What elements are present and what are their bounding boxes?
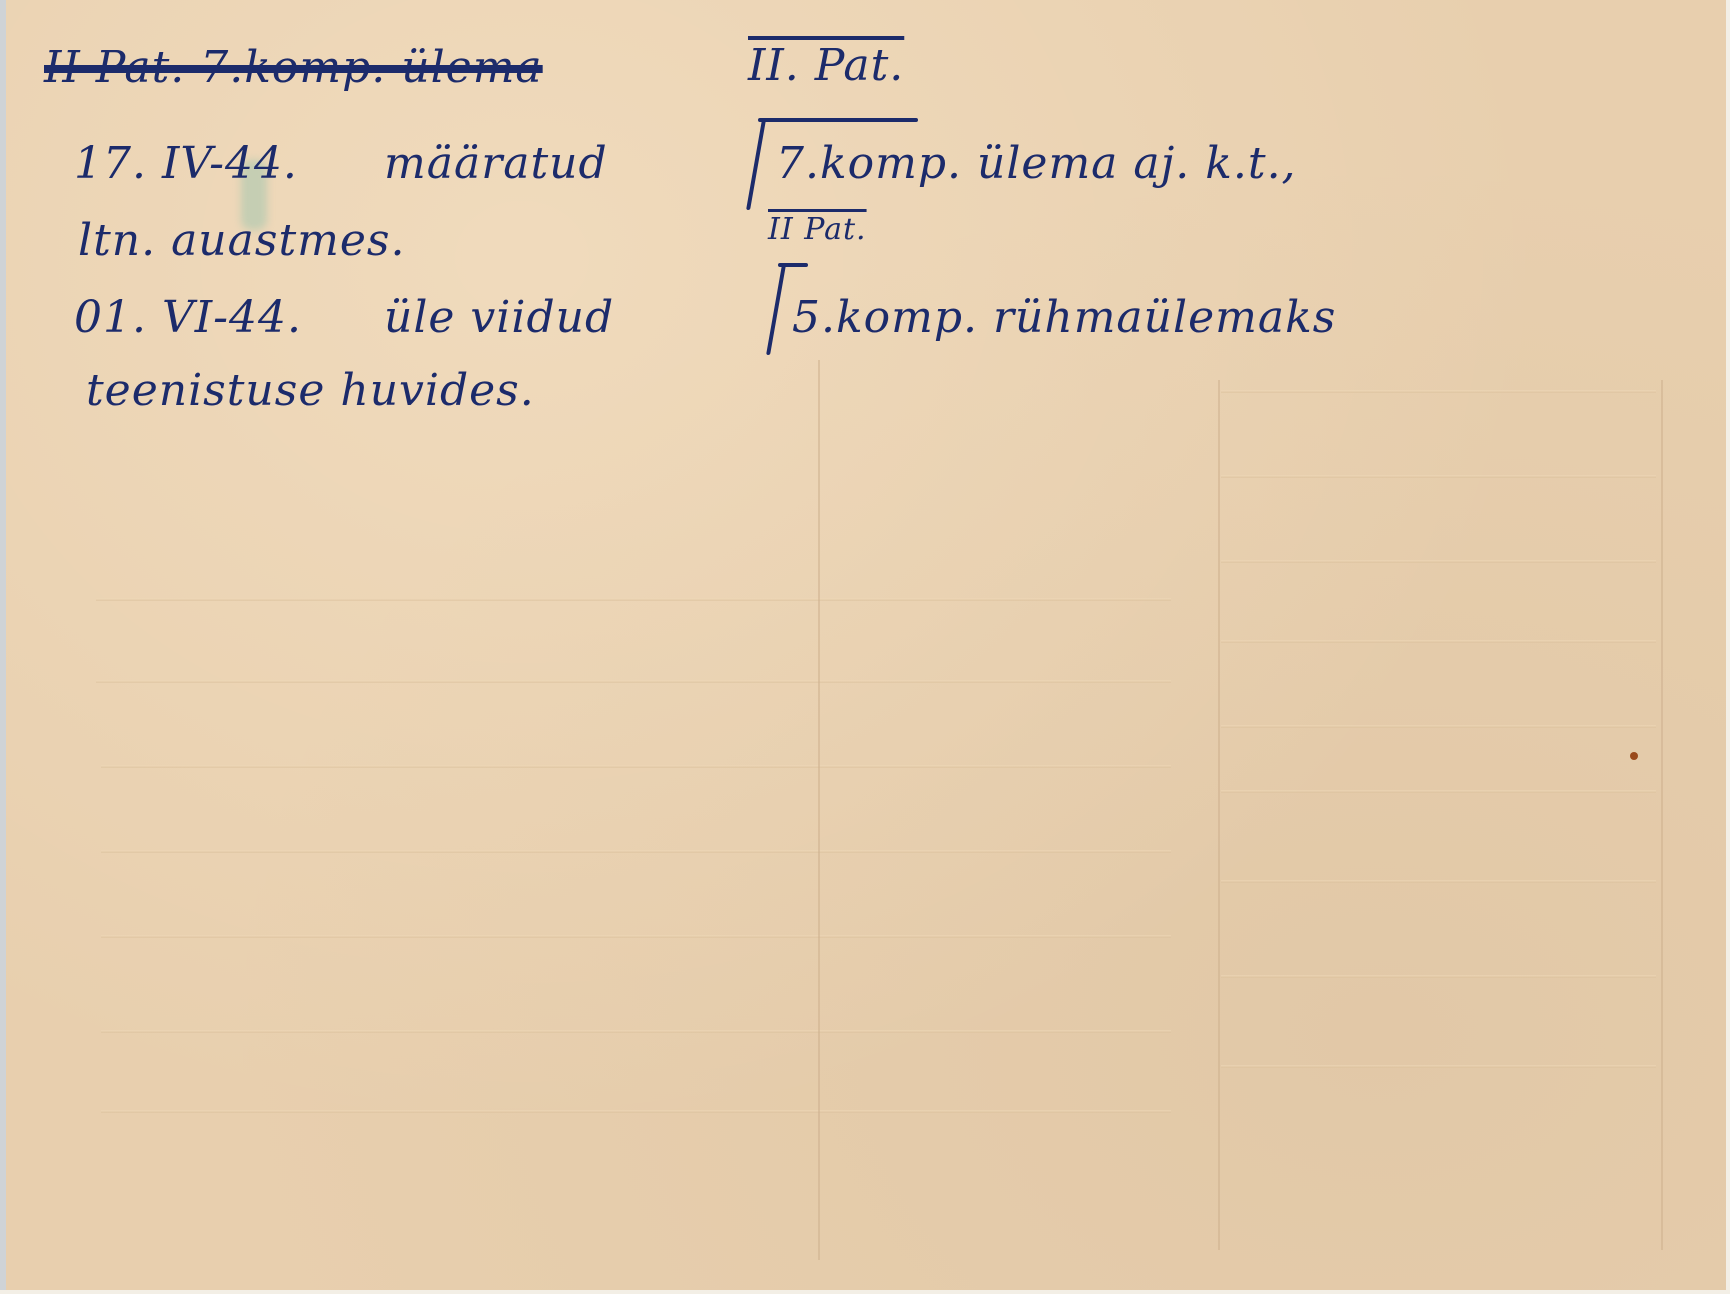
ruled-line: [1221, 390, 1656, 393]
ruled-line: [1221, 640, 1656, 643]
entry-text-2: ltn. auastmes.: [78, 215, 405, 266]
battalion-insert: II Pat.: [768, 212, 867, 247]
ruled-line: [101, 765, 1171, 768]
ruled-line: [1221, 790, 1656, 793]
column-divider: [818, 360, 820, 1260]
insertion-mark: [766, 265, 786, 355]
struck-heading: II Pat. 7.komp. ülema: [44, 42, 543, 93]
entry-date-1: 17. IV-44.: [74, 138, 298, 189]
heading-battalion: II. Pat.: [748, 40, 904, 91]
ruled-line: [101, 1030, 1171, 1033]
rust-speck: [1630, 752, 1638, 760]
ruled-line: [1221, 1065, 1656, 1068]
entry-text-4: teenistuse huvides.: [86, 365, 535, 416]
ruled-line: [1221, 560, 1656, 563]
ruled-line: [101, 935, 1171, 938]
entry-date-3: 01. VI-44.: [74, 292, 302, 343]
ruled-line: [1221, 725, 1656, 728]
insertion-mark: [746, 120, 766, 210]
ruled-line: [101, 850, 1171, 853]
ruled-line: [1221, 975, 1656, 978]
ruled-line: [101, 1110, 1171, 1113]
ruled-line: [1221, 880, 1656, 883]
insertion-mark-top: [758, 118, 918, 122]
column-divider: [1661, 380, 1663, 1250]
ruled-line: [1221, 475, 1656, 478]
insertion-mark-top: [778, 263, 808, 267]
ruled-line: [96, 680, 1171, 683]
entry-continuation-1: 7.komp. ülema aj. k.t.,: [776, 138, 1297, 189]
index-card: II Pat. 7.komp. ülema II. Pat. 17. IV-44…: [0, 0, 1726, 1290]
entry-text-1: määratud: [384, 138, 608, 189]
ruled-line: [96, 598, 1171, 601]
entry-text-3: üle viidud: [384, 292, 614, 343]
entry-continuation-3: 5.komp. rühmaülemaks: [792, 292, 1336, 343]
column-divider: [1218, 380, 1220, 1250]
